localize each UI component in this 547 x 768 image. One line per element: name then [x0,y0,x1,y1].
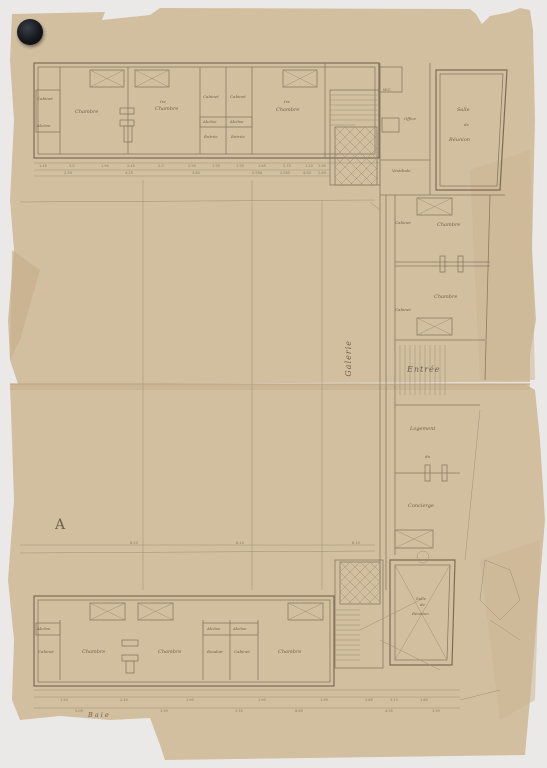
dim-top-5: 2.0 [158,164,164,168]
room-label-chambre-b1: Chambre [82,650,105,655]
room-label-cabinet-r1: Cabinet [395,221,411,225]
dim-bottom-3: 1.90 [186,698,194,702]
dim-top-8: 1.90 [236,164,244,168]
room-label-cabinet-t3: Cabinet [230,95,246,99]
section-marker: A [55,518,65,532]
room-prefix-chambre-3: Ire [284,100,290,104]
room-label-vestibule: Vestibule [392,169,411,173]
paper-upper-sheet [8,8,536,384]
room-label-boudoir: Boudoir [207,650,223,654]
dim-top-4: 2.45 [127,164,135,168]
room-label-office: Office [404,117,416,121]
dim-top2-4: 2.950 [252,171,262,175]
room-label-logement-1: Logement [410,427,435,432]
room-label-cabinet-tl: Cabinet [37,97,53,101]
room-label-salle-bottom-1: Salle [416,597,426,601]
room-label-wc: W.C. [383,88,392,92]
room-label-cabinet-b1: Cabinet [38,650,54,654]
dim-court-3: 6.10 [352,541,360,545]
dim-bottom-1: 1.50 [60,698,68,702]
dim-court-2: 6.10 [236,541,244,545]
dim-top-12: 1.90 [318,164,326,168]
dim-bottom-7: 3.15 [390,698,398,702]
dim-bottom2-1: 5.05 [75,709,83,713]
architectural-plan-sheet: Cabinet Alcôve Chambre Ire Chambre Cabin… [0,0,547,768]
room-label-chambre-b3: Chambre [278,650,301,655]
push-pin-icon [17,19,43,45]
room-label-salle-top-1: Salle [457,108,470,113]
room-label-salle-bottom-2: de [420,603,425,607]
room-label-alcove-tl: Alcôve [37,124,50,128]
dim-bottom-2: 2.40 [120,698,128,702]
dim-top-11: 1.10 [305,164,313,168]
room-label-alcove-b3: Alcôve [233,627,246,631]
dim-top2-1: 2.50 [64,171,72,175]
dim-bottom2-3: 3.55 [235,709,243,713]
dim-top2-3: 3.85 [192,171,200,175]
room-label-chambre-3: Chambre [276,108,299,113]
dim-bottom-6: 2.85 [365,698,373,702]
dim-top-2: 3.0 [69,164,75,168]
room-label-alcove-b2: Alcôve [207,627,220,631]
room-label-salle-top-3: Réunion [449,138,470,143]
dim-bottom2-4: 6.85 [295,709,303,713]
room-label-alcove-b1: Alcôve [37,627,50,631]
dim-top-1: 1.45 [39,164,47,168]
dim-court-1: 6.10 [130,541,138,545]
room-prefix-chambre-2: Ire [160,100,166,104]
dim-top-6: 2.95 [188,164,196,168]
room-label-entree: Entrée [407,366,441,374]
dim-top-9: 1.85 [258,164,266,168]
dim-top2-2: 4.25 [125,171,133,175]
dim-top-10: 2.70 [283,164,291,168]
dim-bottom2-2: 1.90 [160,709,168,713]
room-label-entree-t2: Entrée [231,135,245,139]
room-label-logement-3: Concierge [408,504,434,509]
room-label-chambre-b2: Chambre [158,650,181,655]
dim-bottom-8: 1.80 [420,698,428,702]
room-label-chambre-2: Chambre [155,107,178,112]
dim-top2-5: 2.555 [280,171,290,175]
room-label-alcove-t3: Alcôve [230,120,243,124]
gallery-label: Galerie [345,340,353,377]
paper-lower-sheet [8,384,545,760]
room-label-logement-2: du [425,455,430,459]
dim-top2-7: 2.60 [318,171,326,175]
dim-top-3: 1.90 [101,164,109,168]
street-label: B a i e [88,712,109,719]
dim-bottom-4: 1.90 [258,698,266,702]
room-label-cabinet-b2: Cabinet [234,650,250,654]
room-label-cabinet-t2: Cabinet [203,95,219,99]
room-label-chambre-r1: Chambre [437,223,460,228]
dim-bottom2-5: 4.35 [385,709,393,713]
dim-top2-6: 4.50 [303,171,311,175]
room-label-chambre-r2: Chambre [434,295,457,300]
room-label-entree-t1: Entrée [204,135,218,139]
dim-bottom-5: 1.95 [320,698,328,702]
room-label-chambre-1: Chambre [75,110,98,115]
room-label-cabinet-r2: Cabinet [395,308,411,312]
room-label-alcove-t2: Alcôve [203,120,216,124]
dim-bottom2-6: 1.90 [432,709,440,713]
dim-top-7: 1.90 [212,164,220,168]
room-label-salle-top-2: de [464,123,469,127]
room-label-salle-bottom-3: Réunion [412,612,429,616]
